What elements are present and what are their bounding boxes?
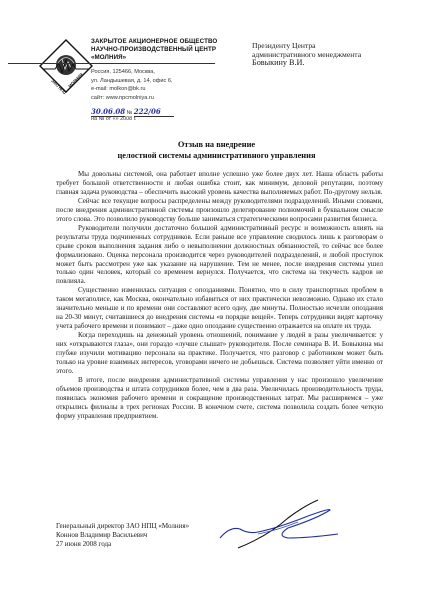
paragraph: Мы довольны системой, она работает вполн… xyxy=(56,170,383,197)
addressee-name: Бовыкину В.И. xyxy=(252,59,422,68)
addressee-block: Президенту Центра административного мене… xyxy=(252,42,422,68)
paragraph: Существенно изменилась ситуация с опозда… xyxy=(56,286,383,331)
reference-from: от « xyxy=(106,116,116,122)
reference-prefix: на № xyxy=(91,116,104,122)
signatory-position: Генеральный директор ЗАО НПЦ «Молния» xyxy=(56,522,236,531)
letter-body: Мы довольны системой, она работает вполн… xyxy=(56,170,383,421)
organization-name: ЗАКРЫТОЕ АКЦИОНЕРНОЕ ОБЩЕСТВО НАУЧНО-ПРО… xyxy=(91,38,231,62)
company-logo: ЗАО НПЦ МОЛНИЯ xyxy=(38,38,94,94)
letterhead-divider xyxy=(8,63,215,64)
reference-line: на № от «» 2008 г. xyxy=(91,116,136,122)
outgoing-number-field: 222/06 xyxy=(134,107,174,117)
signature-date: 27 июня 2008 года xyxy=(56,540,236,549)
org-name-line: ЗАКРЫТОЕ АКЦИОНЕРНОЕ ОБЩЕСТВО xyxy=(91,38,231,46)
reference-year: 2008 г. xyxy=(120,116,136,122)
molniya-logo-icon: ЗАО НПЦ МОЛНИЯ xyxy=(38,38,94,94)
paragraph: Сейчас все текущие вопросы распределены … xyxy=(56,197,383,224)
title-line: Отзыв на внедрение xyxy=(40,140,393,151)
reference-close: » xyxy=(116,116,119,122)
website-line: сайт: www.npcmolniya.ru xyxy=(91,94,231,103)
paragraph: В итоге, после внедрения административно… xyxy=(56,376,383,421)
org-name-line: «МОЛНИЯ» xyxy=(91,54,231,62)
document-title: Отзыв на внедрение целостной системы адм… xyxy=(40,140,393,161)
email-line: e-mail: molkon@bk.ru xyxy=(91,85,231,94)
org-name-line: НАУЧНО-ПРОИЗВОДСТВЕННЫЙ ЦЕНТР xyxy=(91,46,231,54)
signature-icon xyxy=(218,498,358,553)
signatory-name: Коннов Владимир Васильевич xyxy=(56,531,236,540)
letter-page: ЗАО НПЦ МОЛНИЯ ЗАКРЫТОЕ АКЦИОНЕРНОЕ ОБЩЕ… xyxy=(0,0,433,600)
signatory-block: Генеральный директор ЗАО НПЦ «Молния» Ко… xyxy=(56,522,236,549)
organization-contacts: Россия, 125466, Москва, ул. Ландышевая, … xyxy=(91,68,231,102)
paragraph: Когда переходишь на денежный уровень отн… xyxy=(56,331,383,376)
address-line: Россия, 125466, Москва, xyxy=(91,68,231,77)
address-line: ул. Ландышевая, д. 14, офис 6, xyxy=(91,77,231,86)
paragraph: Руководители получили достаточно большой… xyxy=(56,224,383,287)
title-line: целостной системы административного упра… xyxy=(40,151,393,162)
handwritten-signature xyxy=(218,498,358,553)
